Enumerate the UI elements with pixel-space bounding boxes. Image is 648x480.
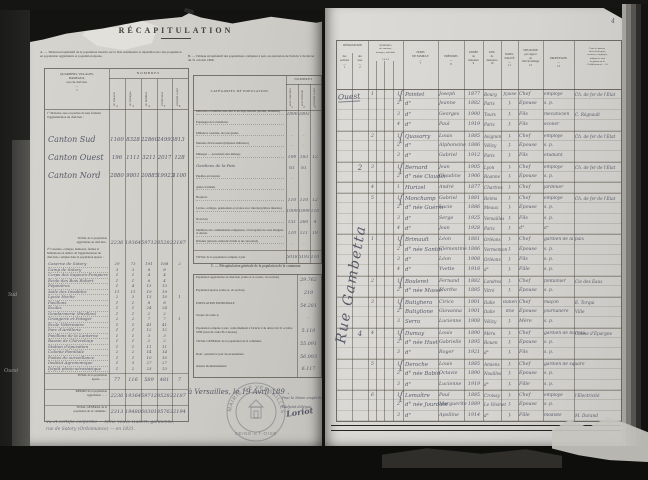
line-number: 2 [394,369,403,379]
subcol-label: de maisons [113,80,116,106]
header-designation: DÉSIGNATION [337,44,368,48]
category-row: Noviciats 151 260 4 [194,218,321,229]
census-row: 1 1 { Brimault Léon 1881 Orléans f. Chef… [337,234,621,244]
canton-name: Canton Nord [48,167,108,185]
count-houses: 1160 [109,131,125,149]
margin-note-ouest: Ouest [4,368,18,374]
col-number: 2 [298,105,310,109]
page-title: RÉCAPITULATION [30,26,322,35]
birth-place: Le Vésinet [484,400,501,410]
col-number: 3 [310,105,320,109]
header-numeros: NUMÉROS des maisons, ménages, individus … [368,44,403,61]
birth-place: d° [484,411,501,421]
census-row: 3 d° Léon 1908 Orléans f. Fils s. p. [337,255,621,265]
surname: d° [405,120,438,130]
relation-to-head: Mère [519,317,543,327]
summary-value: 29.762 [298,275,319,288]
census-row: 4 d° Paul 1919 Paris f. Fils écolier [337,120,621,130]
summary-value: 54.281 [298,301,319,314]
nationality: f. [502,245,518,255]
value: 1 [109,366,125,372]
value: 110 [298,196,310,207]
surname: d° [405,255,438,265]
header-nationalite: NATIO- NALITÉ — 11 [501,53,518,68]
relation-to-head: Épouse [519,338,543,348]
handwritten-note: Vu et certifié conforme — Mme Veuve Hube… [46,420,206,433]
census-row: 3 d° Lucienne 1919 d° f. Fille s. p. [337,380,621,390]
category-row: Malades d'évacuation (hôpitaux militaire… [194,142,321,153]
first-name: Marguerite [439,400,464,410]
table-a-population: QUARTIERS, VILLAGES, HAMEAUX, rues du ch… [44,68,189,422]
col-number: 3 [125,104,141,108]
nationality: f. [502,99,518,109]
census-row: 3 d° Serge 1925 Versailles f. Fils s. p. [337,214,621,224]
profession: d° [544,224,574,234]
total-value: 85763 [157,406,172,418]
first-name: Gabrielle [439,338,464,348]
profession: journalière [544,307,574,317]
profession: s. p. [544,380,574,390]
establishment-name: Dépôt photo-aérostatique [48,366,108,373]
col-number: 1 [286,105,298,109]
report-row: REPORT de la population agglomérée . . .… [45,389,188,403]
value: · [286,240,298,251]
canton-row: Canton Sud 1160 8328 22860 24993 813 [45,131,188,149]
birth-year: 1906 [465,172,483,182]
nationality: f. [502,369,518,379]
surname: d° née Guérin [405,203,438,213]
nationality: f. [502,172,518,182]
census-row: 3 d° Georges 1900 Tours f. Fils mécanici… [337,110,621,120]
col-number: 2 [109,104,125,108]
birth-year: 1900 [465,110,483,120]
census-row: 3 Serra Lucienne 1908 Vélizy f. Mère s. … [337,317,621,327]
page-stack-edges [622,4,648,456]
line-number: 2 [394,141,403,151]
value: · [298,240,310,251]
category-label: Membres des communautés religieuses, à l… [196,229,284,237]
relation-to-head: Fils [519,214,543,224]
surname: d° née Babin [405,369,438,379]
count-individuals: 2017 [157,149,172,167]
line-number: 2 [394,400,403,410]
surname: d° née Santin [405,245,438,255]
profession: s. p. [544,400,574,410]
first-name: Yvette [439,265,464,275]
census-row: 2 d° née Huet Gabrielle 1895 Rouen f. Ép… [337,338,621,348]
profession: s. p. [544,99,574,109]
category-row: Détenus (prisons, maisons d'arrêt et de … [194,240,321,251]
canton-name: Canton Ouest [48,149,108,167]
summary-label: TOTAL GÉNÉRAL de la population de la com… [196,340,294,344]
census-row: 2 3 1 { Bernard Jean 1905 Lyon f. Chef e… [337,162,621,172]
profession: s. p. [544,245,574,255]
total-value: 19364 [125,237,141,249]
canton-row: Canton Nord 2880 9801 20885 19923 1100 [45,167,188,185]
total-value: 2313 [109,406,125,418]
profession: s. p. [544,338,574,348]
census-row: 4 1 Hurizel André 1877 Chartres f. Chef … [337,182,621,192]
total-value: 77 [109,374,125,386]
count-households: 8328 [125,131,141,149]
value: · [286,142,298,153]
profession: s. p. [544,141,574,151]
census-list-table: DÉSIGNATION des sections — 1 des rues — … [336,40,622,422]
birth-year: 1921 [465,348,483,358]
total-value: 116 [125,374,141,386]
summary-label: Population agglomérée au chef-lieu (cadr… [196,276,294,280]
birth-place: Paris [484,224,501,234]
summary-row: Totaux du cadre A · [194,313,321,326]
summary-label: Population éparse (cadre A, 2e section) [196,289,294,293]
census-row: 2 d° née Massé Marthe 1885 Vitré f. Épou… [337,286,621,296]
value: 1099 [286,207,298,218]
birth-place: Orléans [484,255,501,265]
first-name: Claudine [439,172,464,182]
total-value: 59712 [141,237,157,249]
birth-year: 1928 [465,224,483,234]
census-row: 2 1 { Bouleret Fernand 1882 Londres f. C… [337,276,621,286]
profession: s. p. [544,317,574,327]
count-households: 1111 [125,149,141,167]
total-label: REPORT de la population agglomérée . . .… [47,390,107,397]
count-apart: 1100 [172,167,187,185]
section-c-table: Population agglomérée au chef-lieu (cadr… [193,274,322,378]
total-value: 59712 [141,390,157,402]
summary-label: POPULATION MUNICIPALE [196,302,294,306]
birth-place: Paris [484,151,501,161]
value: 4 [310,218,320,229]
total-value: 85282 [157,237,172,249]
summary-label: absents momentanément [196,365,294,369]
census-row: 3 d° Roger 1921 d° f. Fils s. p. [337,348,621,358]
eparse-note: 2° Casernes, collèges, hameaux, fermes e… [47,247,107,259]
col-number: 5 [157,104,172,108]
summary-row: Dont : présents le jour du recensement 5… [194,352,321,365]
birth-place: Versailles [484,214,501,224]
relation-to-head: Épouse [519,172,543,182]
table-b-header: CATÉGORIES DE POPULATION. [194,89,286,93]
summary-label: Dont : présents le jour du recensement [196,353,294,357]
surname: d° [405,224,438,234]
value: 2 [125,366,141,372]
census-row: 4 4 1 { Dumay Louis 1890 Méru f. Chef ga… [337,328,621,338]
line-number: 2 [394,203,403,213]
birth-year: 1890 [465,369,483,379]
birth-year: 1886 [465,245,483,255]
birth-place: Rouen [484,338,501,348]
first-name: Lucienne [439,380,464,390]
nationality: f. [502,255,518,265]
census-row: 2 d° née Claudin Claudine 1906 Roanne f.… [337,172,621,182]
total-label: TOTAL de la population éparse . . . . . [47,374,107,381]
first-name: Clémentine [439,245,464,255]
first-name: Georges [439,110,464,120]
birth-place: Vélizy [484,141,501,151]
left-page: RÉCAPITULATION A. — Tableau récapitulati… [30,10,322,446]
surname: d° née Massé [405,286,438,296]
relation-to-head: Épouse [519,203,543,213]
total-value: 7 [172,374,187,386]
subcol-label: sexe féminin [301,86,304,106]
census-row: 1 1 { Pointet Joseph 1877 Bourg fçaise C… [337,89,621,99]
surname: d° [405,265,438,275]
margin-note-sud: Sud [8,292,17,298]
first-name: Lucienne [439,317,464,327]
summary-value: · [298,313,319,326]
category-rows: Individus et familles sans abri et en lo… [194,110,321,250]
count-houses: 2880 [109,167,125,185]
summary-value: 56.093 [298,352,319,365]
count-families: 20885 [141,167,157,185]
birth-place: Paris [484,99,501,109]
birth-year: 1919 [465,120,483,130]
line-number: 2 [394,245,403,255]
relation-to-head: Épouse [519,286,543,296]
table-b-total-row: TOTAL de la population comptée à part 50… [194,250,321,264]
establishment-row: Dépôt photo-aérostatique 1 2 23 13 [45,366,188,372]
category-row: Ménages — personnel sans ménage 104 183 … [194,153,321,164]
line-number: 3 [394,255,403,265]
summary-value: 6.117 [298,364,319,377]
total-value: 2236 [109,390,125,402]
birth-place: Vitré [484,286,501,296]
subcol-label: sexe masculin [289,86,292,106]
category-row: Individus et familles sans abri et en lo… [194,110,321,121]
mairie-stamp: MAIRIE DE VERSAILLES SEINE-ET-OISE [224,380,288,444]
surname: d° [405,348,438,358]
stamp-bottom-text: SEINE-ET-OISE [235,431,277,436]
category-row: Équipages de la batellerie [194,121,321,132]
right-page: 4 DÉSIGNATION des sections — 1 des rues … [325,8,623,446]
category-label: Malades d'évacuation (hôpitaux militaire… [196,142,284,147]
profession: étudiant [544,151,574,161]
summary-value: 219 [298,288,319,301]
value: 23 [141,366,157,372]
birth-year: 1914 [465,411,483,421]
census-row: 5 1 { Monchamp Gabriel 1881 Reims f. Che… [337,193,621,203]
value: · [286,132,298,143]
value: 111 [298,229,310,240]
summary-label: Population comptée à part, conformément … [196,327,294,334]
table-b-numbers-label: NOMBRES [286,77,321,81]
title-rule [161,38,191,39]
header-designation-sub1: des sections — 1 [337,55,352,70]
birth-place: d° [484,380,501,390]
value: 19 [310,229,320,240]
total-label: TOTAL de la population comptée à part [196,251,284,264]
summary-value: 55.091 [298,339,319,352]
birth-place: Vermenton [484,245,501,255]
profession: s. p. [544,214,574,224]
birth-place: Tours [484,110,501,120]
total-value: 5018 [286,251,298,264]
first-name: Roger [439,348,464,358]
first-name: Léon [439,255,464,265]
summary-row: Population comptée à part, conformément … [194,326,321,339]
total-value: 2187 [172,237,187,249]
nationality: f. [502,380,518,390]
category-label: Détenus (prisons, maisons d'arrêt et de … [196,240,284,245]
count-families: 22860 [141,131,157,149]
subcol-label: de ménages [129,80,132,106]
profession: s. p. [544,369,574,379]
total-label: TOTAL de la population agglomérée au che… [47,237,107,244]
category-label: Lycées, collèges, pensionnats et écoles … [196,207,284,212]
col-number: 6 [172,104,187,108]
relation-to-head: Fils [519,348,543,358]
total-value: 60301 [141,406,157,418]
birth-place: Italie [484,307,501,317]
birth-place: Noailles [484,369,501,379]
total-value: 2194 [172,406,187,418]
surname: d° [405,99,438,109]
line-number: 2 [394,172,403,182]
birth-year: 1885 [465,286,483,296]
header-profession: PROFESSION — 13 [543,57,574,68]
birth-place: Roanne [484,172,501,182]
census-row: 2 d° née Jourdain Marguerite 1889 Le Vés… [337,400,621,410]
count-individuals: 24993 [157,131,172,149]
relation-to-head: Épouse [519,307,543,317]
summary-row: Population agglomérée au chef-lieu (cadr… [194,275,321,288]
value: · [286,175,298,186]
profession: modiste [544,411,574,421]
birth-year: 1908 [465,255,483,265]
header-rule [286,84,321,85]
relation-to-head: Fils [519,110,543,120]
profession: mécanicien [544,110,574,120]
line-number: 2 [394,286,403,296]
nationality: f. [502,203,518,213]
census-row: 3 d° Gabriel 1912 Paris f. Fils étudiant [337,151,621,161]
census-row: 4 d° Yvette 1918 d° f. Fille s. p. [337,265,621,275]
header-prenoms: PRÉNOMS — 8 [438,55,464,66]
nationality: f. [502,110,518,120]
profession: s. p. [544,203,574,213]
total-value: 5193 [298,251,310,264]
surname: d° née Claudin [405,172,438,182]
census-row: 2 d° née Babin Octavie 1890 Noailles f. … [337,369,621,379]
nationality: f. [502,348,518,358]
relation-to-head: d° [519,224,543,234]
header-designation-sub2: des rues — 2 [352,55,368,70]
total-value: 85282 [157,390,172,402]
nationality: f. [502,265,518,275]
birth-place: Paris [484,120,501,130]
birth-year: 1895 [465,338,483,348]
header-rule [109,78,188,79]
subcol-label: comptés à part [313,86,316,106]
birth-year: 1882 [465,99,483,109]
category-row: Hospices 110 110 12 [194,196,321,207]
subcol-label: comptés à part [176,80,179,106]
relation-to-head: Fils [519,151,543,161]
summary-label: Totaux du cadre A [196,314,294,318]
surname: d° née Jourdain [405,400,438,410]
birth-year: 1919 [465,380,483,390]
surname: d° [405,411,438,421]
value: 104 [286,153,298,164]
nationality: f. [502,317,518,327]
category-row: Lycées, collèges, pensionnats et écoles … [194,207,321,218]
total-value: 19480 [125,406,141,418]
value: 12 [310,196,320,207]
value: 12 [310,153,320,164]
first-name: Serge [439,214,464,224]
count-individuals: 19923 [157,167,172,185]
surname: d° [405,214,438,224]
header-annee: ANNÉE de naissance 9 [464,51,483,66]
header-situation: SITUATION par rapport au chef de ménage … [518,49,543,68]
establishment-rows: Caserne de Satory 29 73 191 168 2 Camp d… [45,261,188,371]
total-value: 2187 [172,390,187,402]
birth-year: 1889 [465,400,483,410]
nationality: f. [502,411,518,421]
nationality: f. [502,151,518,161]
category-row: Gardiens de la Paix 61 61 [194,164,321,175]
census-row: 4 d° Jean 1928 Paris f. d° d° [337,224,621,234]
census-row: 2 Butiglione Giovanna 1901 Italie itne É… [337,307,621,317]
category-label: Militaires casernés, de tous grades [196,132,284,137]
category-label: Pupilles en internat [196,175,284,180]
category-label: Hospices [196,196,284,201]
line-number: 2 [394,307,403,317]
grand-total-row: TOTAL GÉNÉRAL de la population de la com… [45,405,188,420]
section-c-heading: C. — Récapitulation générale de la popul… [190,264,322,268]
relation-to-head: Fils [519,255,543,265]
line-number: 4 [394,120,403,130]
line-number: 3 [394,110,403,120]
first-name: Marthe [439,286,464,296]
census-row: 2 d° Alphonsine 1886 Vélizy f. Épouse s.… [337,141,621,151]
section-c-rows: Population agglomérée au chef-lieu (cadr… [194,275,321,377]
table-b-counted-apart: CATÉGORIES DE POPULATION. NOMBRES sexe m… [193,75,322,264]
relation-to-head: Épouse [519,99,543,109]
profession: écolier [544,120,574,130]
summary-row: TOTAL GÉNÉRAL de la population de la com… [194,339,321,352]
header-rule [45,109,188,110]
value: · [298,142,310,153]
torn-edge [180,10,322,25]
birth-year: 1925 [465,214,483,224]
relation-to-head: Fille [519,380,543,390]
total-eparse-row: TOTAL de la population éparse . . . . . … [45,373,188,386]
value: 110 [310,207,320,218]
employer: C. Régnault [575,110,621,120]
value: 1099 [298,207,310,218]
nationality: f. [502,400,518,410]
value: 13 [157,366,172,372]
first-name: Octavie [439,369,464,379]
category-row: Membres des communautés religieuses, à l… [194,229,321,240]
relation-to-head: Épouse [519,245,543,255]
stamp-monument-icon [249,400,263,418]
census-row: 2 d° née Guérin Lucie 1886 Meaux f. Épou… [337,203,621,213]
category-row: Militaires casernés, de tous grades · · [194,132,321,143]
nationality: itne [502,307,518,317]
birth-year: 1908 [465,317,483,327]
value: 183 [298,153,310,164]
section-b-heading: B. — Tableau récapitulatif des populatio… [188,54,318,63]
count-houses: 196 [109,149,125,167]
nationality: f. [502,338,518,348]
surname: d° [405,110,438,120]
category-label: Noviciats [196,218,284,223]
scanned-census-register: RÉCAPITULATION A. — Tableau récapitulati… [0,0,648,480]
value: 151 [286,218,298,229]
canton-name: Canton Sud [48,131,108,149]
